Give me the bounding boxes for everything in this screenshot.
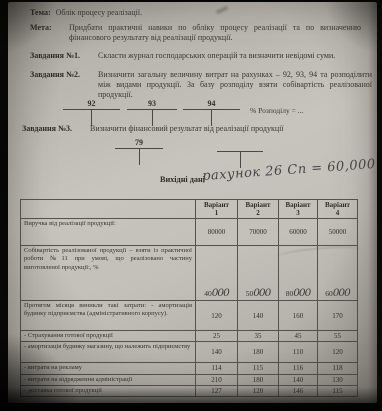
table-row-cost: Собівартість реалізованої продукції – вз… <box>21 246 358 301</box>
desc-header-cell <box>21 200 196 219</box>
meta-paragraph: Мета: Придбати практичні навики по облік… <box>30 23 366 43</box>
table-row-business-trips: - витрати на відрядження адміністрації 2… <box>21 374 358 385</box>
meta-text: Придбати практичні навики по обліку проц… <box>69 23 361 43</box>
value-cell: 115 <box>318 385 358 396</box>
handwritten-value: 000 <box>212 287 229 299</box>
variant-1-header: Варіант 1 <box>196 200 238 219</box>
t-account-92: 92 <box>63 99 120 126</box>
value-cell: 60000 <box>279 219 318 246</box>
value-cell: 130 <box>318 374 358 385</box>
value-cell: 110 <box>279 342 318 363</box>
value-cell: 140 <box>238 301 279 331</box>
table-row-depreciation-admin: Протягом місяця виникли такі затрати: - … <box>21 301 358 331</box>
value-cell: 114 <box>196 363 238 374</box>
data-heading: Вихідні дані <box>160 175 205 184</box>
handwritten-value: 000 <box>333 287 350 299</box>
table-row-advertising: - витрати на рекламу 114 115 116 118 <box>21 363 358 374</box>
variant-number: 4 <box>321 209 354 217</box>
task3-text: Визначити фінансовий результат від реалі… <box>90 124 370 134</box>
row-desc: - амортизація будинку магазину, що належ… <box>21 342 196 363</box>
value-cell: 40000 <box>196 246 238 301</box>
variant-4-header: Варіант 4 <box>318 200 358 219</box>
printed-value: 60 <box>325 289 333 298</box>
document-paper: Тема: Облік процесу реалізації. Мета: Пр… <box>8 2 377 403</box>
row-desc: - витрати на рекламу <box>21 363 196 374</box>
task2-label: Завдання №2. <box>30 70 94 80</box>
task3-paragraph: Завдання №3. Визначити фінансовий резуль… <box>22 124 372 134</box>
variant-label: Варіант <box>241 201 275 209</box>
table-row-depreciation-store: - амортизація будинку магазину, що належ… <box>21 342 358 363</box>
value-cell: 140 <box>279 374 318 385</box>
value-cell: 70000 <box>238 219 279 246</box>
value-cell: 80000 <box>279 246 318 301</box>
value-cell: 127 <box>196 385 238 396</box>
t-account-94-number: 94 <box>183 99 240 109</box>
value-cell: 180 <box>238 374 279 385</box>
percent-distribution-note: % Розподілу = ... <box>250 106 303 115</box>
row-desc: - витрати на відрядження адміністрації <box>21 374 196 385</box>
value-cell: 170 <box>318 301 358 331</box>
variant-label: Варіант <box>321 201 354 209</box>
variant-2-header: Варіант 2 <box>238 200 279 219</box>
value-cell: 55 <box>318 331 358 342</box>
task2-paragraph: Завдання №2. Визначити загальну величину… <box>30 70 374 100</box>
table-row-delivery: - доставка готової продукції 127 120 146… <box>21 385 358 396</box>
variant-label: Варіант <box>199 201 234 209</box>
value-cell: 50000 <box>238 246 279 301</box>
handwritten-value: 000 <box>253 287 270 299</box>
task1-label: Завдання №1. <box>30 51 94 61</box>
value-cell: 45 <box>279 331 318 342</box>
value-cell: 115 <box>238 363 279 374</box>
t-account-93: 93 <box>127 99 177 126</box>
tema-line: Тема: Облік процесу реалізації. <box>30 8 360 18</box>
value-cell: 120 <box>238 385 279 396</box>
row-desc: Протягом місяця виникли такі затрати: - … <box>21 301 196 331</box>
value-cell: 210 <box>196 374 238 385</box>
tema-label: Тема: <box>30 8 51 18</box>
tema-text: Облік процесу реалізації. <box>56 8 142 18</box>
value-cell: 116 <box>279 363 318 374</box>
row-desc: - Страхування готової продукції <box>21 331 196 342</box>
task2-text: Визначити загальну величину витрат на ра… <box>98 70 372 100</box>
t-account-79-stem <box>139 149 140 165</box>
row-desc: - доставка готової продукції <box>21 385 196 396</box>
variant-number: 3 <box>282 209 314 217</box>
row-desc: Виручка від реалізації продукції: <box>21 219 196 246</box>
value-cell: 180 <box>238 342 279 363</box>
table-row-insurance: - Страхування готової продукції 25 35 45… <box>21 331 358 342</box>
t-account-94: 94 <box>183 99 240 126</box>
value-cell: 80000 <box>196 219 238 246</box>
photographed-document: Тема: Облік процесу реалізації. Мета: Пр… <box>0 0 382 411</box>
value-cell: 60000 <box>318 246 358 301</box>
value-cell: 50000 <box>318 219 358 246</box>
value-cell: 140 <box>196 342 238 363</box>
variant-number: 2 <box>241 209 275 217</box>
value-cell: 35 <box>238 331 279 342</box>
value-cell: 118 <box>318 363 358 374</box>
value-cell: 146 <box>279 385 318 396</box>
handwritten-value: 000 <box>293 287 310 299</box>
task1-text: Скласти журнал господарських операцій та… <box>98 51 363 61</box>
variant-3-header: Варіант 3 <box>279 200 318 219</box>
t-account-92-number: 92 <box>63 99 120 109</box>
variant-number: 1 <box>199 209 234 217</box>
t-account-79-number: 79 <box>115 138 163 148</box>
t-account-79: 79 <box>115 138 163 165</box>
value-cell: 120 <box>318 342 358 363</box>
variant-label: Варіант <box>282 201 314 209</box>
value-cell: 120 <box>196 301 238 331</box>
task1-paragraph: Завдання №1. Скласти журнал господарськи… <box>30 51 370 61</box>
value-cell: 160 <box>279 301 318 331</box>
meta-label: Мета: <box>30 23 64 33</box>
table-row-revenue: Виручка від реалізації продукції: 80000 … <box>21 219 358 246</box>
row-desc: Собівартість реалізованої продукції – вз… <box>21 246 196 301</box>
t-account-93-number: 93 <box>127 99 177 109</box>
task3-label: Завдання №3. <box>22 124 86 134</box>
variants-table: Варіант 1 Варіант 2 Варіант 3 Варіант 4 <box>20 199 358 397</box>
table-header-row: Варіант 1 Варіант 2 Варіант 3 Варіант 4 <box>21 200 358 219</box>
printed-value: 40 <box>204 289 212 298</box>
value-cell: 25 <box>196 331 238 342</box>
